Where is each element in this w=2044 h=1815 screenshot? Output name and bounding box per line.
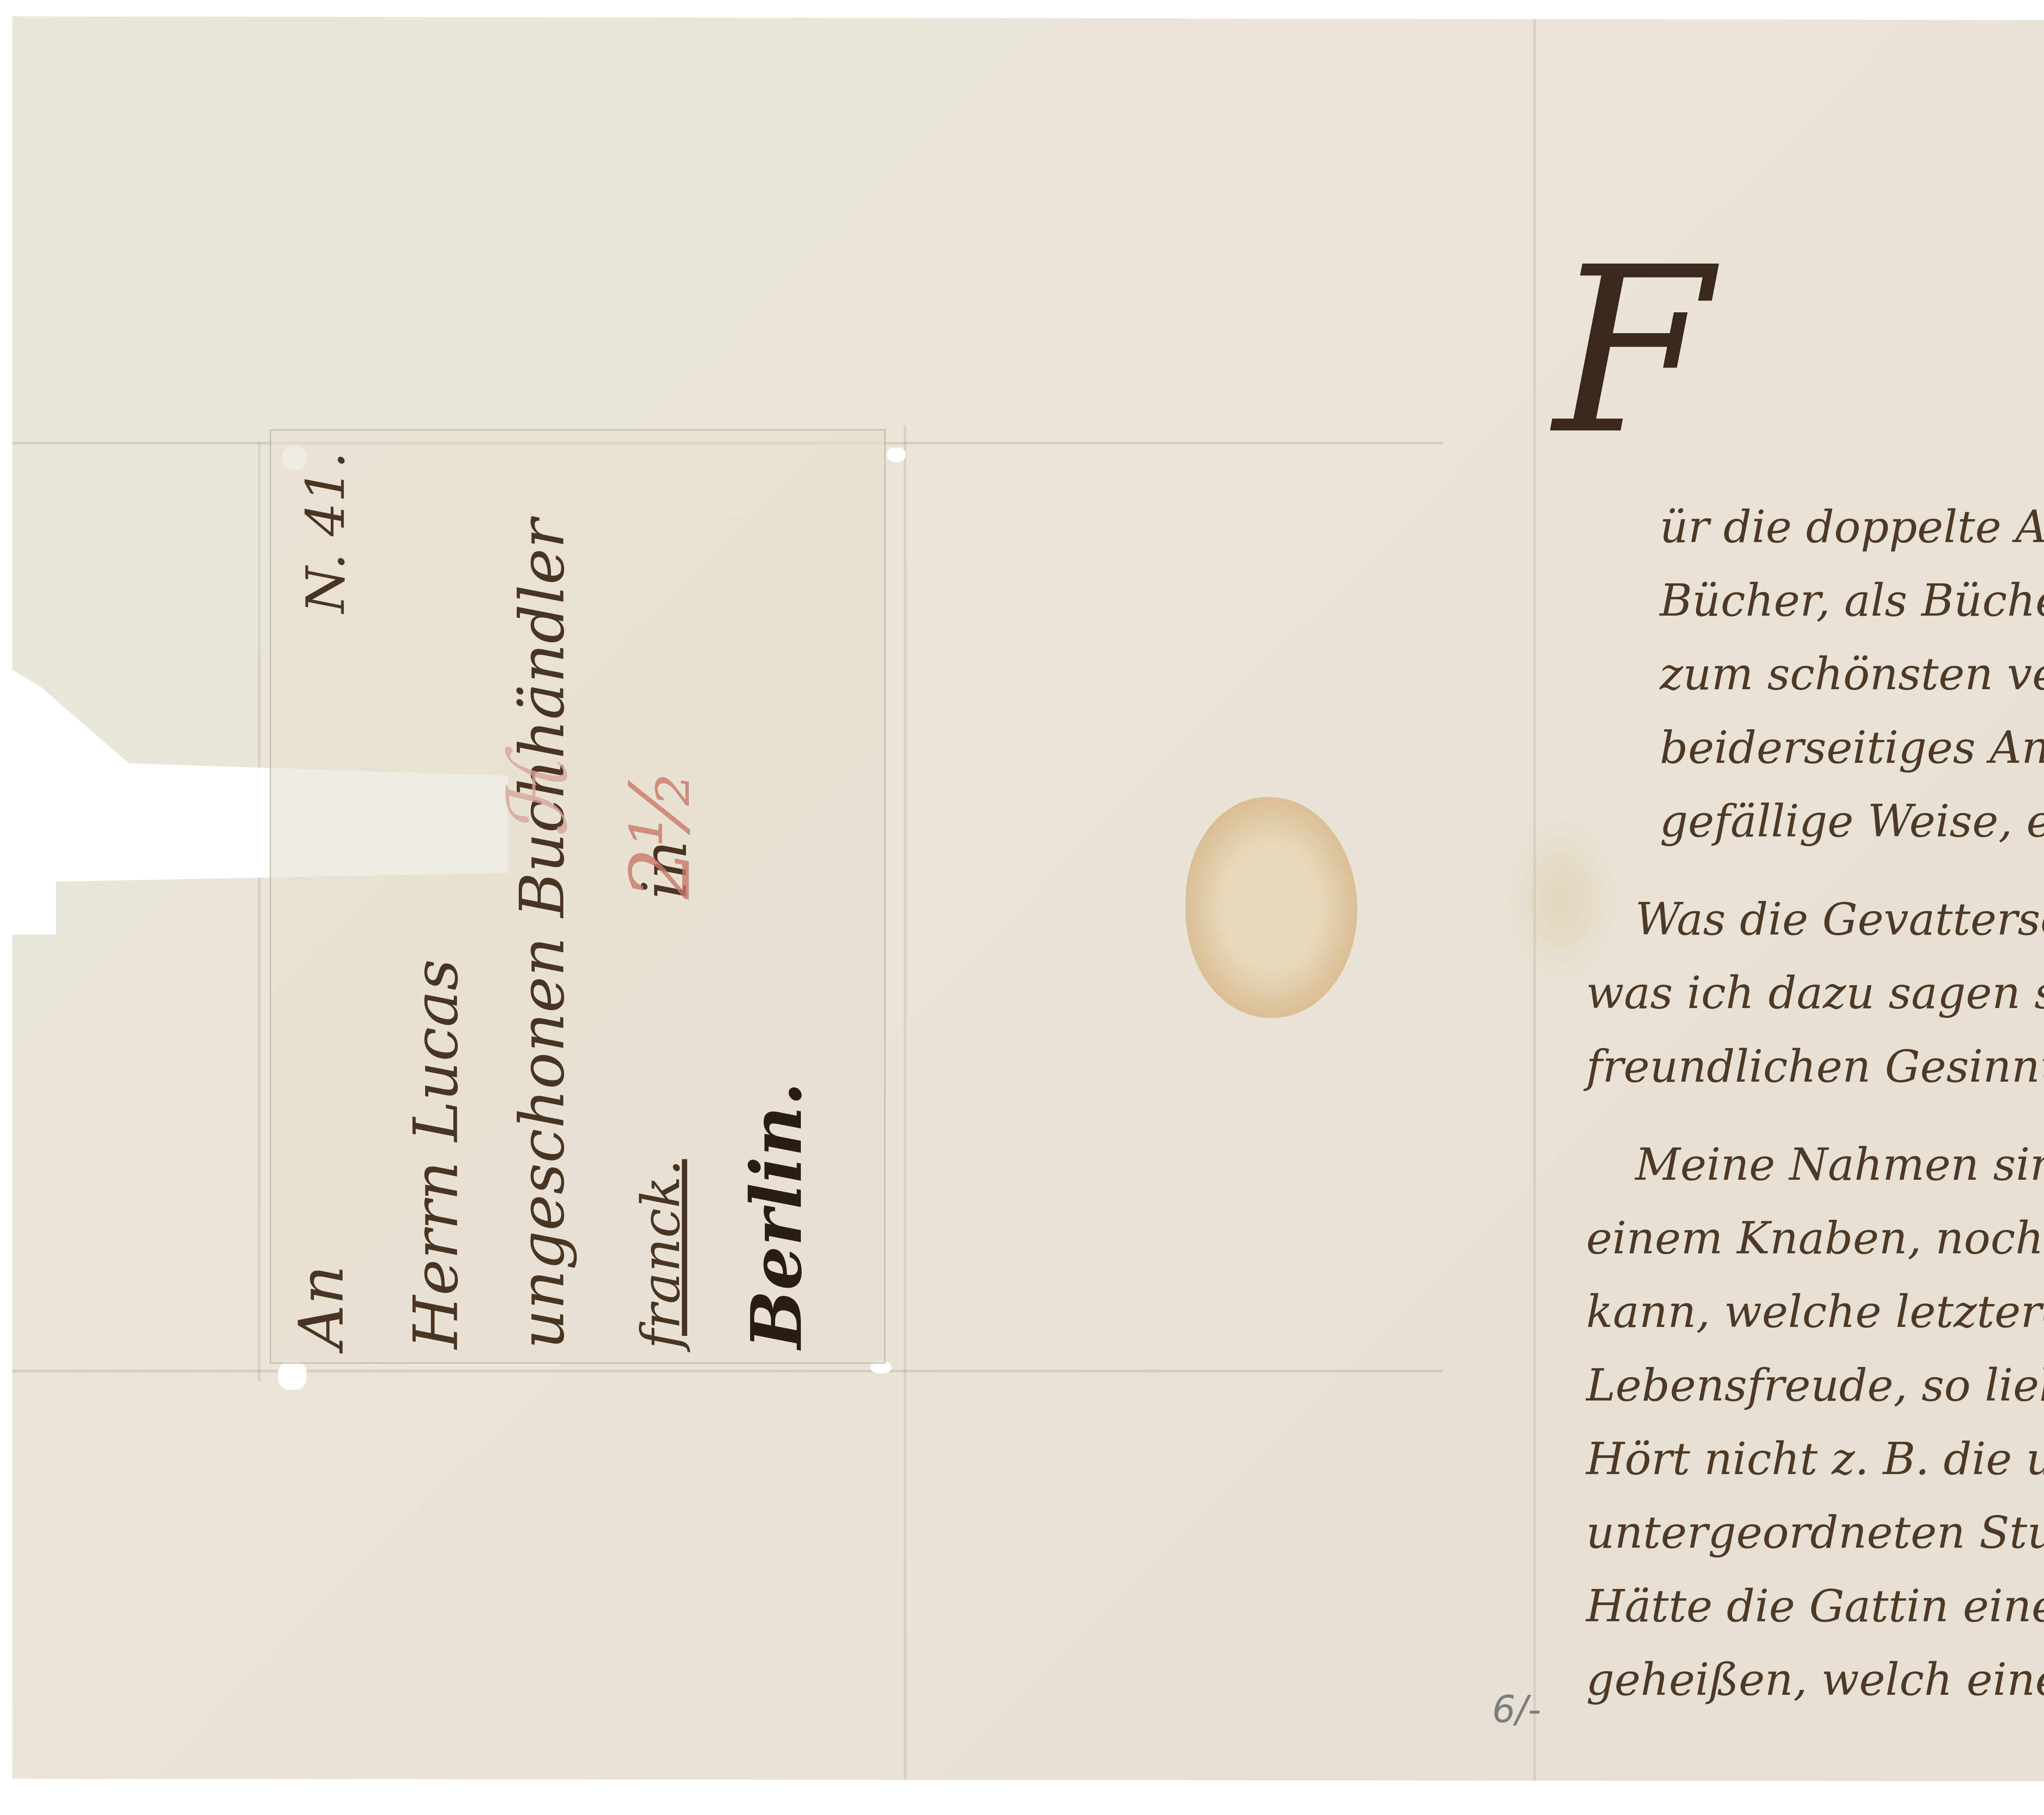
letter-paragraph: Was die Gevatterschaft betrifft, so weiß…	[1586, 883, 2044, 1104]
seal-hole	[887, 448, 905, 462]
address-line-an: An	[286, 1265, 357, 1349]
address-line-title: ungeschonen Buchhändler	[507, 519, 578, 1349]
address-line-recipient: Herrn Lucas	[401, 959, 472, 1349]
fold-line-horizontal	[12, 1369, 1443, 1373]
address-number-mark: N. 41.	[294, 452, 356, 613]
letter-paragraph: ür die doppelte Attention, womit Sie, so…	[1586, 491, 2044, 858]
pencil-annotation: 6/-	[1492, 1688, 1541, 1731]
fold-line-vertical	[903, 425, 907, 1815]
seal-hole	[278, 1361, 307, 1390]
letter-body: ür die doppelte Attention, womit Sie, so…	[1586, 360, 2044, 1717]
red-ink-flourish-icon: ℋ	[491, 757, 586, 838]
postal-rate-mark: 2½	[613, 768, 708, 899]
franking-note: franck.	[630, 1159, 692, 1349]
address-line-city: Berlin.	[736, 1082, 818, 1349]
wax-seal-stain	[1186, 797, 1357, 1018]
fold-line-vertical	[258, 441, 261, 1382]
letter-paragraph: Meine Nahmen sind von der Art daß man si…	[1586, 1128, 2044, 1717]
